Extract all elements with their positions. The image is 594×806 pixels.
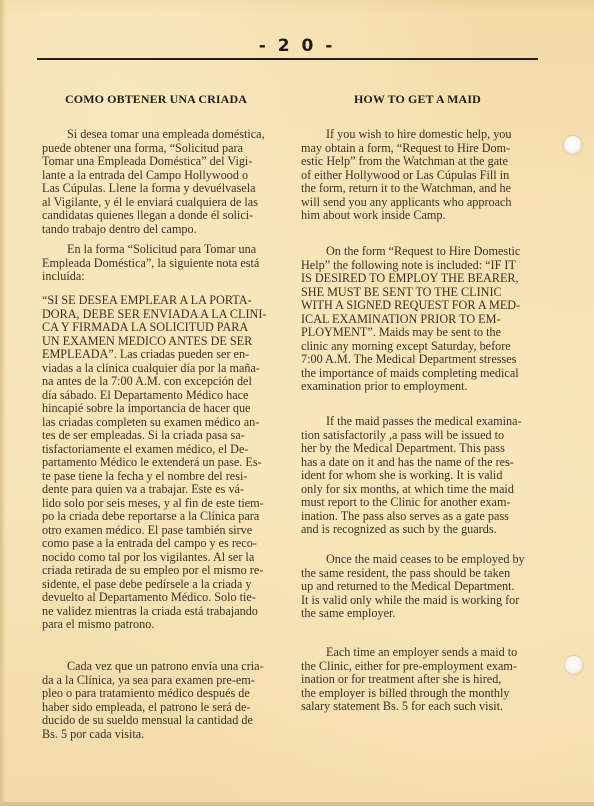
- header-rule: [37, 58, 538, 60]
- punch-hole-bottom: [565, 656, 583, 674]
- spanish-paragraph-billing: Cada vez que un patrono envía una cria- …: [42, 660, 296, 741]
- english-paragraph-billing: Each time an employer sends a maid to th…: [301, 646, 551, 714]
- punch-hole-top: [564, 136, 582, 154]
- spanish-heading: COMO OBTENER UNA CRIADA: [65, 92, 247, 107]
- english-paragraph-return-pass: Once the maid ceases to be employed by t…: [301, 553, 551, 621]
- document-page: - 2 0 - COMO OBTENER UNA CRIADA HOW TO G…: [0, 0, 594, 806]
- english-paragraph-pass: If the maid passes the medical examina- …: [301, 415, 551, 537]
- spanish-paragraph-notice: “SI SE DESEA EMPLEAR A LA PORTA- DORA, D…: [42, 294, 296, 632]
- english-paragraph-form-note: On the form “Request to Hire Domestic He…: [301, 245, 551, 394]
- page-number: - 2 0 -: [0, 36, 594, 56]
- english-paragraph-intro: If you wish to hire domestic help, you m…: [301, 128, 551, 223]
- spanish-paragraph-form-note: En la forma “Solicitud para Tomar una Em…: [42, 243, 296, 284]
- english-heading: HOW TO GET A MAID: [354, 92, 481, 107]
- spanish-paragraph-intro: Si desea tomar una empleada doméstica, p…: [42, 128, 296, 236]
